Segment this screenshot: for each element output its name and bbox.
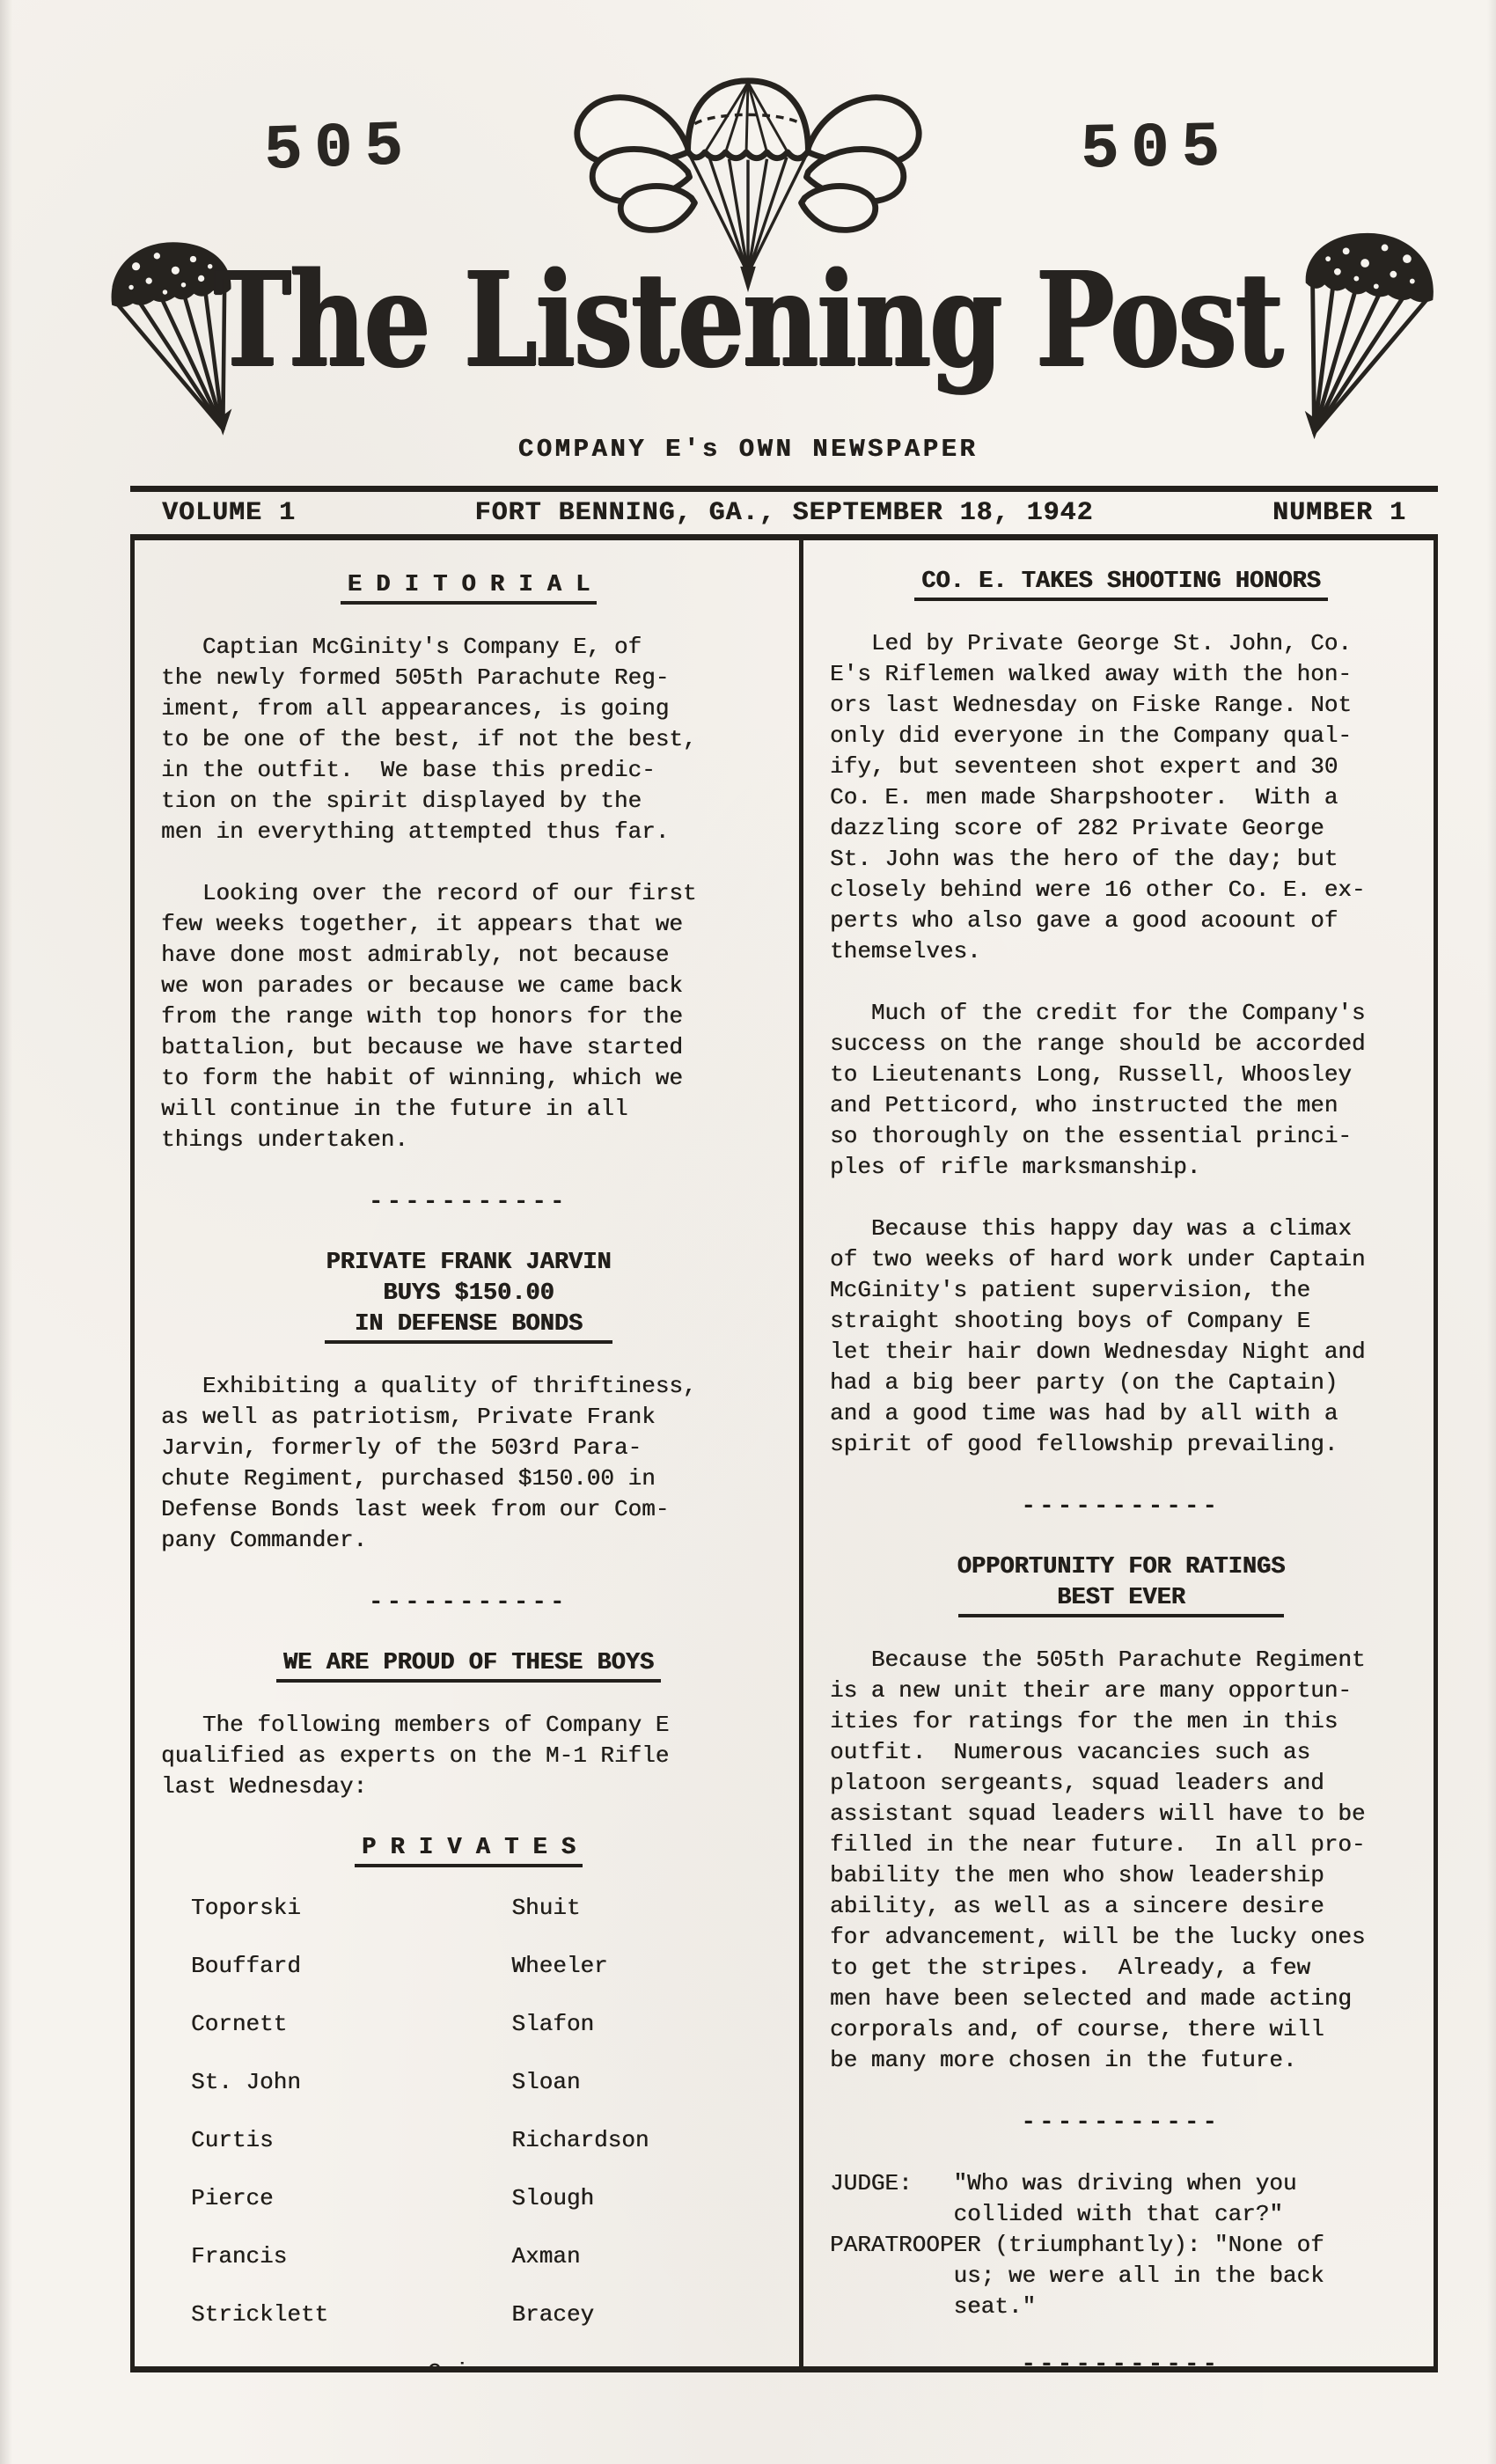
- private-name: Cairns: [161, 2358, 776, 2372]
- privates-row: Cornett Slafon: [161, 2009, 776, 2040]
- left-column: E D I T O R I A L Captian McGinity's Com…: [135, 540, 799, 2366]
- shooting-honors-paragraph: Much of the credit for the Company's suc…: [830, 998, 1412, 1183]
- private-name: Wheeler: [511, 1951, 776, 1982]
- ratings-paragraph: Because the 505th Parachute Regiment is …: [830, 1645, 1412, 2076]
- private-name: Curtis: [161, 2125, 511, 2156]
- privates-row: Stricklett Bracey: [161, 2299, 776, 2330]
- private-name: Richardson: [511, 2125, 776, 2156]
- section-separator: -----------: [161, 1587, 776, 1617]
- shooting-honors-paragraph: Because this happy day was a climax of t…: [830, 1214, 1412, 1460]
- newspaper-page: 505 505: [0, 0, 1496, 2372]
- editorial-paragraph: Looking over the record of our first few…: [161, 878, 776, 1155]
- joke-text: JUDGE: "Who was driving when you collide…: [830, 2168, 1412, 2322]
- privates-row: Bouffard Wheeler: [161, 1951, 776, 1982]
- privates-row: Pierce Slough: [161, 2183, 776, 2214]
- section-separator: -----------: [830, 2107, 1412, 2138]
- shooting-honors-heading: CO. E. TAKES SHOOTING HONORS: [830, 567, 1412, 598]
- proud-paragraph: The following members of Company E quali…: [161, 1710, 776, 1802]
- unit-number-left: 505: [263, 110, 416, 187]
- defense-bonds-heading: PRIVATE FRANK JARVIN BUYS $150.00 IN DEF…: [161, 1248, 776, 1340]
- private-name: Cornett: [161, 2009, 511, 2040]
- private-name: Toporski: [161, 1893, 511, 1924]
- right-column: CO. E. TAKES SHOOTING HONORS Led by Priv…: [799, 540, 1434, 2366]
- section-separator: -----------: [830, 2349, 1412, 2372]
- ratings-heading: OPPORTUNITY FOR RATINGS BEST EVER: [830, 1552, 1412, 1614]
- private-name: St. John: [161, 2067, 511, 2098]
- masthead: 505 505: [0, 0, 1496, 486]
- newspaper-tagline: COMPANY E's OWN NEWSPAPER: [0, 435, 1496, 464]
- issue-number-label: NUMBER 1: [1272, 498, 1406, 528]
- private-name: Slough: [511, 2183, 776, 2214]
- privates-row: Toporski Shuit: [161, 1893, 776, 1924]
- volume-label: VOLUME 1: [162, 498, 296, 528]
- proud-heading: WE ARE PROUD OF THESE BOYS: [161, 1648, 776, 1679]
- privates-heading: P R I V A T E S: [161, 1833, 776, 1864]
- private-name: Sloan: [511, 2067, 776, 2098]
- privates-list: Toporski Shuit Bouffard Wheeler Cornett …: [161, 1893, 776, 2372]
- content-area: E D I T O R I A L Captian McGinity's Com…: [130, 540, 1438, 2372]
- dateline-bar: VOLUME 1 FORT BENNING, GA., SEPTEMBER 18…: [130, 486, 1438, 540]
- private-name: Slafon: [511, 2009, 776, 2040]
- private-name: Bouffard: [161, 1951, 511, 1982]
- editorial-heading: E D I T O R I A L: [161, 570, 776, 601]
- newspaper-title: The Listening Post: [150, 248, 1346, 392]
- private-name: Stricklett: [161, 2299, 511, 2330]
- shooting-honors-paragraph: Led by Private George St. John, Co. E's …: [830, 628, 1412, 967]
- defense-bonds-paragraph: Exhibiting a quality of thriftiness, as …: [161, 1371, 776, 1556]
- unit-number-right: 505: [1081, 112, 1233, 187]
- private-name: Bracey: [511, 2299, 776, 2330]
- editorial-paragraph: Captian McGinity's Company E, of the new…: [161, 632, 776, 847]
- private-name: Axman: [511, 2241, 776, 2272]
- privates-row: Curtis Richardson: [161, 2125, 776, 2156]
- private-name: Pierce: [161, 2183, 511, 2214]
- privates-row: St. John Sloan: [161, 2067, 776, 2098]
- dateline-text: FORT BENNING, GA., SEPTEMBER 18, 1942: [474, 498, 1093, 528]
- private-name: Shuit: [511, 1893, 776, 1924]
- privates-row: Francis Axman: [161, 2241, 776, 2272]
- section-separator: -----------: [830, 1491, 1412, 1522]
- private-name: Francis: [161, 2241, 511, 2272]
- section-separator: -----------: [161, 1186, 776, 1217]
